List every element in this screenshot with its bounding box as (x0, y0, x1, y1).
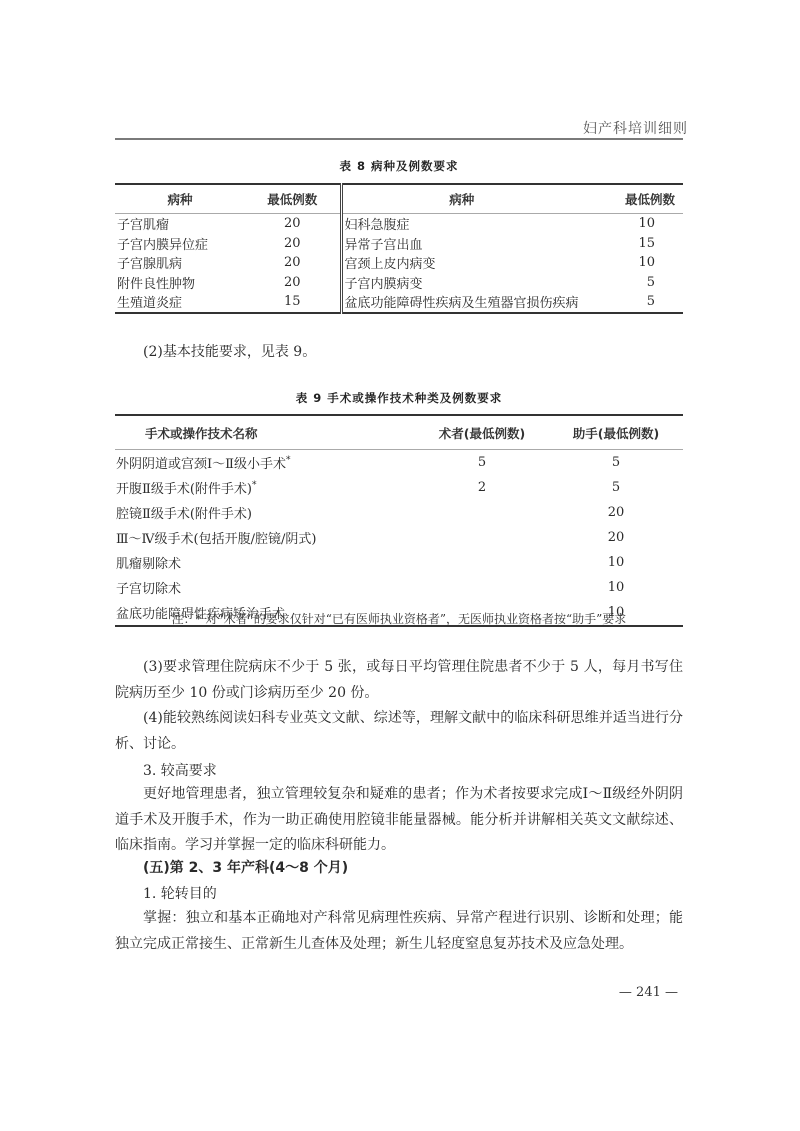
table8-col-disease-1: 病种 (115, 184, 245, 214)
cell: 5 (581, 292, 683, 313)
section-higher-requirements-body: 更好地管理患者，独立管理较复杂和疑难的患者；作为术者按要求完成Ⅰ～Ⅱ级经外阴阴道… (115, 782, 683, 859)
cell: 20 (245, 234, 341, 254)
header-rule (115, 138, 683, 140)
cell: 宫颈上皮内病变 (341, 253, 581, 273)
cell: 附件良性肿物 (115, 273, 245, 293)
table8-caption: 表 8 病种及例数要求 (115, 158, 683, 174)
table-row: 肌瘤剔除术 10 (115, 550, 683, 575)
table9-caption: 表 9 手术或操作技术种类及例数要求 (115, 390, 683, 406)
cell: 20 (245, 253, 341, 273)
paragraph-ward-management: (3)要求管理住院病床不少于 5 张，或每日平均管理住院患者不少于 5 人，每月… (115, 655, 683, 706)
page-number: — 241 — (619, 985, 678, 1000)
cell (415, 525, 549, 550)
cell: 外阴阴道或宫颈Ⅰ～Ⅱ级小手术* (115, 450, 415, 476)
cell: 15 (245, 292, 341, 313)
table8-col-min-1: 最低例数 (245, 184, 341, 214)
cell: 5 (549, 450, 683, 476)
cell: 10 (549, 550, 683, 575)
table8-header-row: 病种 最低例数 病种 最低例数 (115, 184, 683, 214)
table9: 手术或操作技术名称 术者(最低例数) 助手(最低例数) 外阴阴道或宫颈Ⅰ～Ⅱ级小… (115, 414, 683, 627)
cell: 子宫内膜病变 (341, 273, 581, 293)
cell: 10 (549, 575, 683, 600)
table-row: Ⅲ～Ⅳ级手术(包括开腹/腔镜/阴式) 20 (115, 525, 683, 550)
table-row: 腔镜Ⅱ级手术(附件手术) 20 (115, 500, 683, 525)
table8-col-min-2: 最低例数 (581, 184, 683, 214)
cell: 子宫肌瘤 (115, 214, 245, 234)
table-row: 子宫切除术 10 (115, 575, 683, 600)
cell: 20 (245, 273, 341, 293)
table9-header-row: 手术或操作技术名称 术者(最低例数) 助手(最低例数) (115, 415, 683, 450)
table-row: 生殖道炎症 15 盆底功能障碍性疾病及生殖器官损伤疾病 5 (115, 292, 683, 313)
paragraph-basic-skills: (2)基本技能要求，见表 9。 (115, 340, 683, 366)
table8: 病种 最低例数 病种 最低例数 子宫肌瘤 20 妇科急腹症 10 子宫内膜异位症… (115, 183, 683, 314)
table9-col-assistant: 助手(最低例数) (549, 415, 683, 450)
cell: 腔镜Ⅱ级手术(附件手术) (115, 500, 415, 525)
cell: 妇科急腹症 (341, 214, 581, 234)
cell (415, 575, 549, 600)
cell: 肌瘤剔除术 (115, 550, 415, 575)
table-row: 子宫肌瘤 20 妇科急腹症 10 (115, 214, 683, 234)
cell (415, 550, 549, 575)
cell: 15 (581, 234, 683, 254)
cell: 20 (245, 214, 341, 234)
cell: 5 (415, 450, 549, 476)
cell: 5 (549, 475, 683, 500)
table9-note: 注：* 对“术者”的要求仅针对“已有医师执业资格者”，无医师执业资格者按“助手”… (115, 610, 683, 627)
cell: 子宫内膜异位症 (115, 234, 245, 254)
paragraph-literature: (4)能较熟练阅读妇科专业英文文献、综述等，理解文献中的临床科研思维并适当进行分… (115, 706, 683, 757)
cell: Ⅲ～Ⅳ级手术(包括开腹/腔镜/阴式) (115, 525, 415, 550)
table-row: 外阴阴道或宫颈Ⅰ～Ⅱ级小手术* 5 5 (115, 450, 683, 476)
cell: 20 (549, 500, 683, 525)
table8-col-disease-2: 病种 (341, 184, 581, 214)
cell: 2 (415, 475, 549, 500)
cell: 子宫腺肌病 (115, 253, 245, 273)
cell: 20 (549, 525, 683, 550)
section-higher-requirements-title: 3. 较高要求 (143, 760, 217, 780)
table-row: 子宫腺肌病 20 宫颈上皮内病变 10 (115, 253, 683, 273)
cell: 5 (581, 273, 683, 293)
rotation-goal-title: 1. 轮转目的 (143, 883, 217, 903)
cell: 子宫切除术 (115, 575, 415, 600)
running-header-title: 妇产科培训细则 (583, 118, 688, 138)
cell: 10 (581, 214, 683, 234)
table-row: 子宫内膜异位症 20 异常子宫出血 15 (115, 234, 683, 254)
table9-col-surgeon: 术者(最低例数) (415, 415, 549, 450)
table-row: 开腹Ⅱ级手术(附件手术)* 2 5 (115, 475, 683, 500)
cell: 生殖道炎症 (115, 292, 245, 313)
table9-col-procedure: 手术或操作技术名称 (115, 415, 415, 450)
cell: 10 (581, 253, 683, 273)
section-obstetrics-title: (五)第 2、3 年产科(4～8 个月) (143, 857, 348, 877)
cell: 异常子宫出血 (341, 234, 581, 254)
cell: 盆底功能障碍性疾病及生殖器官损伤疾病 (341, 292, 581, 313)
cell (415, 500, 549, 525)
rotation-goal-body: 掌握：独立和基本正确地对产科常见病理性疾病、异常产程进行识别、诊断和处理；能独立… (115, 906, 683, 957)
table-row: 附件良性肿物 20 子宫内膜病变 5 (115, 273, 683, 293)
cell: 开腹Ⅱ级手术(附件手术)* (115, 475, 415, 500)
